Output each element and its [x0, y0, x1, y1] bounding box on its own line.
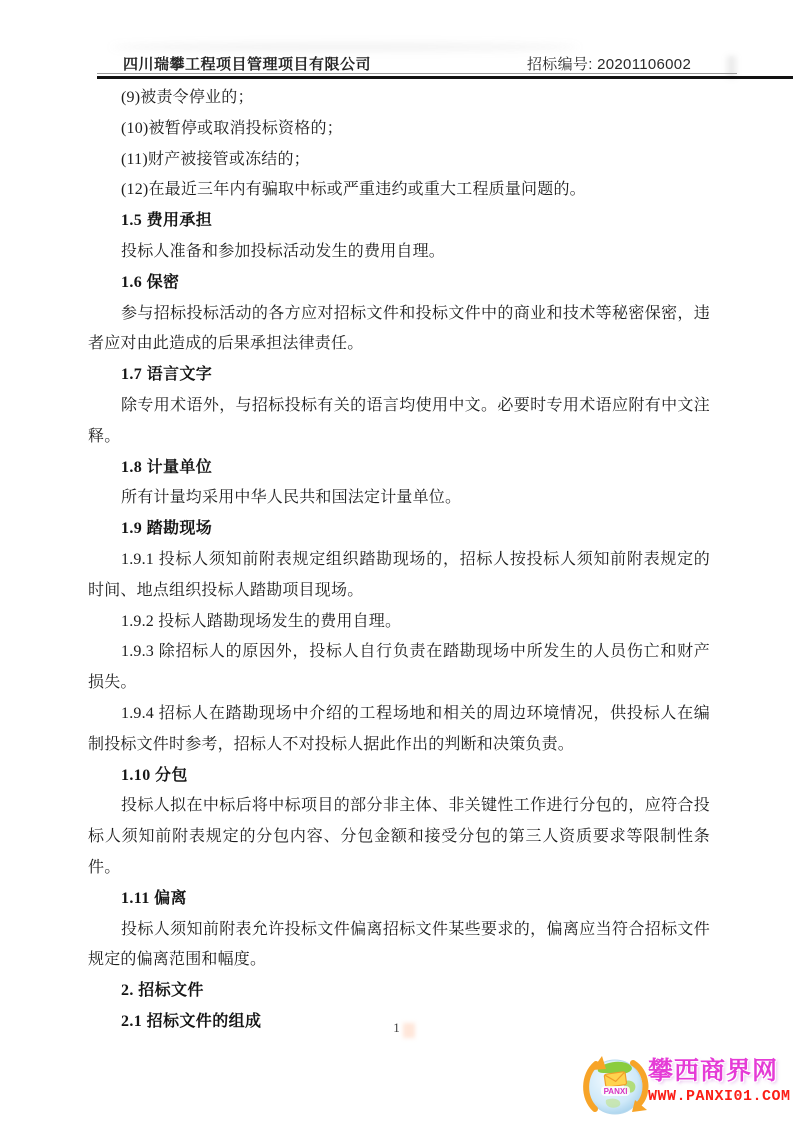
- document-body: (9)被责令停业的； (10)被暂停或取消投标资格的； (11)财产被接管或冻结…: [88, 83, 710, 1038]
- doc-line: 时间、地点组织投标人踏勘项目现场。: [88, 576, 710, 607]
- doc-line: 损失。: [88, 668, 710, 699]
- header-rule-thin: [97, 73, 737, 74]
- watermark-site-name: 攀西商界网: [648, 1056, 792, 1086]
- doc-line: 投标人拟在中标后将中标项目的部分非主体、非关键性工作进行分包的，应符合投: [88, 791, 710, 822]
- globe-logo-icon: PANXI: [580, 1050, 652, 1120]
- scan-artifact: [110, 43, 580, 51]
- watermark: PANXI 攀西商界网 WWW.PANXI01.COM: [580, 1050, 792, 1120]
- logo-text: PANXI: [604, 1087, 628, 1096]
- watermark-url: WWW.PANXI01.COM: [648, 1088, 792, 1106]
- watermark-text-block: 攀西商界网 WWW.PANXI01.COM: [648, 1056, 792, 1106]
- section-heading: 1.8 计量单位: [88, 453, 710, 484]
- section-heading: 1.9 踏勘现场: [88, 514, 710, 545]
- doc-line: 1.9.2 投标人踏勘现场发生的费用自理。: [88, 607, 710, 638]
- section-heading: 2. 招标文件: [88, 976, 710, 1007]
- doc-line: 释。: [88, 422, 710, 453]
- section-heading: 1.5 费用承担: [88, 206, 710, 237]
- section-heading: 1.6 保密: [88, 268, 710, 299]
- header-company-name: 四川瑞攀工程项目管理项目有限公司: [123, 53, 371, 74]
- doc-line: 1.9.4 招标人在踏勘现场中介绍的工程场地和相关的周边环境情况，供投标人在编: [88, 699, 710, 730]
- document-page: 四川瑞攀工程项目管理项目有限公司 招标编号: 20201106002 (9)被责…: [0, 0, 793, 1122]
- doc-line: (10)被暂停或取消投标资格的；: [88, 114, 710, 145]
- doc-line: 投标人准备和参加投标活动发生的费用自理。: [88, 237, 710, 268]
- doc-line: 1.9.1 投标人须知前附表规定组织踏勘现场的，招标人按投标人须知前附表规定的: [88, 545, 710, 576]
- doc-line: (11)财产被接管或冻结的；: [88, 145, 710, 176]
- doc-line: 制投标文件时参考，招标人不对投标人据此作出的判断和决策负责。: [88, 730, 710, 761]
- header-rule-thick: [97, 76, 793, 79]
- doc-line: (9)被责令停业的；: [88, 83, 710, 114]
- doc-line: 投标人须知前附表允许投标文件偏离招标文件某些要求的，偏离应当符合招标文件: [88, 915, 710, 946]
- doc-line: 规定的偏离范围和幅度。: [88, 945, 710, 976]
- doc-line: 件。: [88, 853, 710, 884]
- page-number: 1: [393, 1020, 400, 1036]
- section-heading: 1.7 语言文字: [88, 360, 710, 391]
- section-heading: 1.11 偏离: [88, 884, 710, 915]
- scan-artifact: [727, 56, 736, 78]
- doc-line: 1.9.3 除招标人的原因外，投标人自行负责在踏勘现场中所发生的人员伤亡和财产: [88, 637, 710, 668]
- section-heading: 1.10 分包: [88, 761, 710, 792]
- doc-line: 标人须知前附表规定的分包内容、分包金额和接受分包的第三人资质要求等限制性条: [88, 822, 710, 853]
- doc-line: 所有计量均采用中华人民共和国法定计量单位。: [88, 483, 710, 514]
- doc-line: 除专用术语外，与招标投标有关的语言均使用中文。必要时专用术语应附有中文注: [88, 391, 710, 422]
- header-bid-number: 招标编号: 20201106002: [527, 53, 691, 74]
- doc-line: 参与招标投标活动的各方应对招标文件和投标文件中的商业和技术等秘密保密，违: [88, 299, 710, 330]
- doc-line: 者应对由此造成的后果承担法律责任。: [88, 329, 710, 360]
- doc-line: (12)在最近三年内有骗取中标或严重违约或重大工程质量问题的。: [88, 175, 710, 206]
